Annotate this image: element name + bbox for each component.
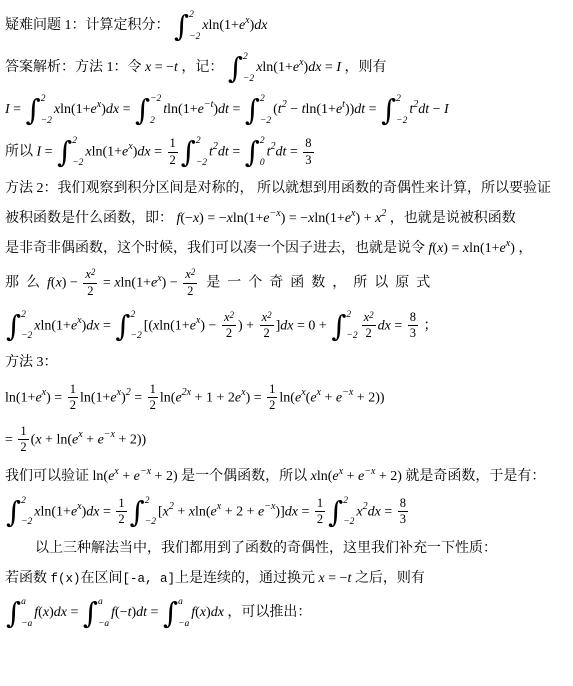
integral-sign-icon: ∫ bbox=[83, 598, 98, 628]
text-run: = − bbox=[325, 571, 348, 586]
integral-sign-icon: ∫ bbox=[381, 95, 396, 125]
integral-upper-limit: 2 bbox=[243, 53, 254, 63]
integral-limits: 2−2 bbox=[21, 310, 32, 342]
text-run: 若函数 bbox=[5, 571, 51, 586]
integral: ∫2−2 bbox=[174, 10, 201, 42]
text-run: ln(1+ bbox=[80, 390, 110, 405]
method3-ln-simplified: = 12(x + ln(ex + e−x + 2)) bbox=[5, 424, 571, 456]
method2-odd-function: 那 么 f(x) − x22 = xln(1+ex) − x22 是 一 个 奇… bbox=[5, 267, 571, 299]
text-run: ，可以推出： bbox=[224, 606, 312, 621]
text-run: ，也就是说被积函数 bbox=[386, 211, 516, 226]
fraction-numerator: 1 bbox=[116, 496, 126, 513]
text-run: 所以 bbox=[5, 144, 37, 159]
text-run: = bbox=[229, 144, 244, 159]
integral-upper-limit: 2 bbox=[21, 311, 32, 321]
integral-sign-icon: ∫ bbox=[181, 137, 196, 167]
text-run: = bbox=[391, 318, 406, 333]
text-run: + bbox=[343, 469, 358, 484]
integral-lower-limit: −2 bbox=[396, 117, 407, 127]
text-run: = bbox=[100, 318, 115, 333]
superscript: 2 bbox=[91, 267, 96, 277]
math-variable: dx bbox=[86, 318, 99, 333]
superscript: −x bbox=[264, 501, 275, 512]
math-variable: x bbox=[185, 267, 191, 281]
method3-parity-note: 我们可以验证 ln(ex + e−x + 2) 是一个偶函数，所以 xln(ex… bbox=[5, 466, 571, 488]
fraction-denominator: 3 bbox=[303, 153, 313, 169]
fraction-numerator: 1 bbox=[168, 136, 178, 153]
superscript: t bbox=[342, 99, 345, 110]
fraction-denominator: 3 bbox=[408, 326, 418, 342]
fraction-numerator: x2 bbox=[260, 310, 274, 327]
math-variable: e bbox=[175, 390, 181, 405]
fraction-numerator: 1 bbox=[68, 382, 78, 399]
integral-lower-limit: −2 bbox=[21, 332, 32, 342]
text-run: 是非奇非偶函数，这个时候，我们可以凑一个因子进去，也就是说令 bbox=[5, 241, 429, 256]
superscript: x bbox=[117, 387, 121, 398]
integral-upper-limit: 2 bbox=[346, 311, 357, 321]
fraction-denominator: 2 bbox=[315, 512, 325, 528]
text-run: ) − bbox=[200, 318, 220, 333]
integral: ∫2−2 bbox=[26, 94, 53, 126]
integral: ∫2−2 bbox=[381, 94, 408, 126]
integral-upper-limit: 2 bbox=[72, 137, 83, 147]
integral-sign-icon: ∫ bbox=[174, 11, 189, 41]
fraction: 12 bbox=[68, 382, 78, 414]
superscript: x bbox=[196, 315, 200, 326]
summary-note: 以上三种解法当中，我们都用到了函数的奇偶性，这里我们补充一下性质： bbox=[5, 538, 571, 560]
math-variable: dx bbox=[254, 18, 267, 33]
text-run: ln( bbox=[279, 390, 295, 405]
integral-sign-icon: ∫ bbox=[130, 497, 145, 527]
text-run: ) + bbox=[356, 211, 376, 226]
superscript: 2 bbox=[126, 387, 131, 398]
fraction: x22 bbox=[222, 310, 236, 342]
fraction-denominator: 2 bbox=[224, 326, 234, 342]
text-run: ln(1+ bbox=[60, 102, 90, 117]
integral: ∫20 bbox=[245, 136, 266, 168]
fraction-numerator: 1 bbox=[315, 496, 325, 513]
math-variable: dt bbox=[418, 102, 429, 117]
math-variable: dx bbox=[368, 504, 381, 519]
text-run: = bbox=[67, 606, 82, 621]
fraction-denominator: 2 bbox=[267, 398, 277, 414]
fraction-numerator: x2 bbox=[222, 310, 236, 327]
text-run: = bbox=[286, 144, 301, 159]
text-run: + 1 + 2 bbox=[191, 390, 235, 405]
superscript: 2 bbox=[270, 141, 275, 152]
text-run: ln(1+ bbox=[121, 276, 151, 291]
text-run: ) = bbox=[246, 390, 266, 405]
fraction: 12 bbox=[148, 382, 158, 414]
text-run: + 2)) bbox=[115, 432, 146, 447]
text-run: = bbox=[298, 504, 313, 519]
text-run: ) − bbox=[162, 276, 182, 291]
superscript: x bbox=[245, 15, 249, 26]
superscript: x bbox=[506, 238, 510, 249]
math-variable: e bbox=[91, 102, 97, 117]
integral: ∫2−2 bbox=[328, 496, 355, 528]
math-variable: e bbox=[198, 102, 204, 117]
superscript: 2 bbox=[230, 310, 235, 320]
integral-limits: 2−2 bbox=[189, 10, 200, 42]
text-run: = bbox=[119, 102, 134, 117]
integral: ∫2−2 bbox=[6, 310, 33, 342]
integral-lower-limit: −2 bbox=[343, 518, 354, 528]
superscript: 2 bbox=[369, 310, 374, 320]
text-run: 在区间 bbox=[81, 571, 123, 586]
integral-sign-icon: ∫ bbox=[6, 311, 21, 341]
text-run: ln(1+ bbox=[262, 60, 292, 75]
fraction-denominator: 2 bbox=[85, 284, 95, 300]
text-run: + ln( bbox=[42, 432, 72, 447]
text-run: = bbox=[100, 504, 115, 519]
text-run: ) = − bbox=[199, 211, 226, 226]
math-variable: dt bbox=[218, 102, 229, 117]
fraction-numerator: 1 bbox=[148, 382, 158, 399]
text-run: ln(1+ bbox=[469, 241, 499, 256]
integral-limits: −22 bbox=[150, 94, 161, 126]
integral-upper-limit: a bbox=[21, 598, 32, 608]
text-run: ln(1+ bbox=[305, 102, 335, 117]
text-run: = 0 + bbox=[294, 318, 331, 333]
integral-limits: a−a bbox=[178, 597, 189, 629]
superscript: −x bbox=[140, 466, 151, 477]
integral-upper-limit: 2 bbox=[131, 311, 142, 321]
fraction: 12 bbox=[18, 424, 28, 456]
text-run: ) = − bbox=[281, 211, 308, 226]
method2-result: ∫2−2xln(1+ex)dx = ∫2−2[(xln(1+ex) − x22)… bbox=[5, 310, 571, 342]
integral-upper-limit: 2 bbox=[41, 95, 52, 105]
method2-intro: 方法 2：我们观察到积分区间是对称的， 所以就想到用函数的奇偶性来计算，所以要验… bbox=[5, 178, 571, 200]
text-run: ) = bbox=[46, 390, 66, 405]
mono-text: [-a, a] bbox=[123, 572, 176, 586]
superscript: 2 bbox=[213, 141, 218, 152]
fraction: 83 bbox=[398, 496, 408, 528]
text-run: = bbox=[131, 390, 146, 405]
integral-lower-limit: −a bbox=[21, 620, 32, 630]
integral-sign-icon: ∫ bbox=[245, 137, 260, 167]
text-run: ln(1+ bbox=[209, 18, 239, 33]
superscript: 2 bbox=[413, 99, 418, 110]
integral: ∫2−2 bbox=[6, 496, 33, 528]
method3-result: ∫2−2xln(1+ex)dx = 12∫2−2[x2 + xln(ex + 2… bbox=[5, 496, 571, 528]
integral-lower-limit: −2 bbox=[21, 518, 32, 528]
integral-sign-icon: ∫ bbox=[245, 95, 260, 125]
text-run: 以上三种解法当中，我们都用到了函数的奇偶性，这里我们补充一下性质： bbox=[35, 541, 497, 556]
math-variable: e bbox=[98, 432, 104, 447]
integral-upper-limit: 2 bbox=[196, 137, 207, 147]
text-run: 上是连续的，通过换元 bbox=[175, 571, 319, 586]
text-run: = bbox=[10, 102, 25, 117]
text-run: − bbox=[287, 102, 302, 117]
text-run: + 2) 是一个偶函数，所以 bbox=[151, 469, 311, 484]
fraction-denominator: 2 bbox=[116, 512, 126, 528]
text-run: + 2)) bbox=[353, 390, 384, 405]
math-variable: I bbox=[444, 102, 449, 117]
integral-limits: 2−2 bbox=[21, 496, 32, 528]
math-variable: e bbox=[35, 390, 41, 405]
text-run: ln(1+ bbox=[41, 504, 71, 519]
text-run: = bbox=[41, 144, 56, 159]
math-variable: dx bbox=[54, 606, 67, 621]
property-condition: 若函数 f(x)在区间[-a, a]上是连续的，通过换元 x = −t 之后，则… bbox=[5, 568, 571, 590]
text-run: )) bbox=[345, 102, 354, 117]
fraction-numerator: x2 bbox=[83, 267, 97, 284]
math-variable: e bbox=[500, 241, 506, 256]
text-run: ln(1+ bbox=[41, 318, 71, 333]
integral-upper-limit: 2 bbox=[260, 137, 265, 147]
fraction: 83 bbox=[303, 136, 313, 168]
math-variable: e bbox=[263, 211, 269, 226]
math-document: 疑难问题 1：计算定积分： ∫2−2xln(1+ex)dx答案解析：方法 1：令… bbox=[0, 0, 573, 686]
superscript: 2x bbox=[182, 387, 191, 398]
text-run: = bbox=[147, 606, 162, 621]
fraction-numerator: x2 bbox=[362, 310, 376, 327]
text-run: ln(1+ bbox=[92, 144, 122, 159]
superscript: −t bbox=[204, 99, 214, 110]
text-run: = bbox=[229, 102, 244, 117]
fraction-denominator: 2 bbox=[18, 440, 28, 456]
superscript: x bbox=[301, 387, 305, 398]
integral: ∫2−2 bbox=[130, 496, 157, 528]
integral: ∫2−2 bbox=[245, 94, 272, 126]
math-variable: dx bbox=[280, 318, 293, 333]
integral-sign-icon: ∫ bbox=[328, 497, 343, 527]
integral-limits: 2−2 bbox=[131, 310, 142, 342]
superscript: x bbox=[77, 501, 81, 512]
fraction-denominator: 3 bbox=[398, 512, 408, 528]
text-run: (− bbox=[180, 211, 193, 226]
text-run: = bbox=[5, 432, 16, 447]
math-variable: dx bbox=[211, 606, 224, 621]
integral-lower-limit: −2 bbox=[189, 33, 200, 43]
integral-lower-limit: 2 bbox=[150, 117, 161, 127]
text-run: + 2 + bbox=[221, 504, 258, 519]
text-run: ln( bbox=[317, 469, 333, 484]
fraction: x22 bbox=[83, 267, 97, 299]
integral-lower-limit: −2 bbox=[131, 332, 142, 342]
fraction: 83 bbox=[408, 310, 418, 342]
text-run: = bbox=[365, 102, 380, 117]
mono-text: f(x) bbox=[51, 572, 81, 586]
integral: ∫2−2 bbox=[115, 310, 142, 342]
superscript: 2 bbox=[169, 501, 174, 512]
integral-limits: 2−2 bbox=[343, 496, 354, 528]
math-variable: dx bbox=[106, 102, 119, 117]
text-run: 我们可以验证 ln( bbox=[5, 469, 108, 484]
math-variable: e bbox=[310, 390, 316, 405]
superscript: x bbox=[128, 141, 132, 152]
superscript: x bbox=[77, 315, 81, 326]
text-run: ) + bbox=[238, 318, 258, 333]
math-variable: dt bbox=[354, 102, 365, 117]
integral-limits: 2−2 bbox=[260, 94, 271, 126]
fraction-numerator: 1 bbox=[18, 424, 28, 441]
method3-ln-expansion: ln(1+ex) = 12ln(1+ex)2 = 12ln(e2x + 1 + … bbox=[5, 382, 571, 414]
fraction: 12 bbox=[315, 496, 325, 528]
integral-limits: a−a bbox=[98, 597, 109, 629]
text-run: 之后，则有 bbox=[351, 571, 425, 586]
fraction-numerator: 8 bbox=[398, 496, 408, 513]
integral-upper-limit: 2 bbox=[145, 497, 156, 507]
integral-sign-icon: ∫ bbox=[228, 53, 243, 83]
integral-lower-limit: −2 bbox=[196, 159, 207, 169]
integral-lower-limit: −2 bbox=[72, 159, 83, 169]
fraction-denominator: 2 bbox=[148, 398, 158, 414]
superscript: 2 bbox=[282, 99, 287, 110]
text-run: = bbox=[99, 276, 114, 291]
integral-limits: a−a bbox=[21, 597, 32, 629]
integral-limits: 20 bbox=[260, 136, 265, 168]
fraction-numerator: 8 bbox=[303, 136, 313, 153]
method2-explanation: 是非奇非偶函数，这个时候，我们可以凑一个因子进去，也就是说令 f(x) = xl… bbox=[5, 238, 571, 260]
problem-statement: 疑难问题 1：计算定积分： ∫2−2xln(1+ex)dx bbox=[5, 10, 571, 42]
integral-upper-limit: a bbox=[178, 598, 189, 608]
fraction-denominator: 2 bbox=[168, 153, 178, 169]
integral: ∫−22 bbox=[135, 94, 162, 126]
text-run: 方法 2：我们观察到积分区间是对称的， 所以就想到用函数的奇偶性来计算，所以要验… bbox=[5, 181, 551, 196]
integral-upper-limit: 2 bbox=[343, 497, 354, 507]
text-run: + bbox=[321, 390, 336, 405]
integral-limits: 2−2 bbox=[72, 136, 83, 168]
fraction-denominator: 2 bbox=[364, 326, 374, 342]
text-run: ln(1+ bbox=[5, 390, 35, 405]
integral-sign-icon: ∫ bbox=[331, 311, 346, 341]
method1-intro: 答案解析：方法 1：令 x = −t ，记： ∫2−2xln(1+ex)dx =… bbox=[5, 52, 571, 84]
math-variable: e bbox=[110, 390, 116, 405]
fraction: 12 bbox=[168, 136, 178, 168]
integral-sign-icon: ∫ bbox=[115, 311, 130, 341]
math-variable: dx bbox=[378, 318, 391, 333]
fraction: x22 bbox=[183, 267, 197, 299]
text-run: ) = bbox=[443, 241, 463, 256]
text-run: 被积函数是什么函数，即： bbox=[5, 211, 177, 226]
math-variable: x bbox=[163, 504, 169, 519]
text-run: − bbox=[429, 102, 444, 117]
superscript: 2 bbox=[267, 310, 272, 320]
fraction-numerator: x2 bbox=[183, 267, 197, 284]
superscript: x bbox=[217, 501, 221, 512]
integral-limits: 2−2 bbox=[346, 310, 357, 342]
text-run: 疑难问题 1：计算定积分： bbox=[5, 18, 173, 33]
integral-sign-icon: ∫ bbox=[6, 497, 21, 527]
math-variable: dt bbox=[275, 144, 286, 159]
superscript: 2 bbox=[363, 501, 368, 512]
fraction: 12 bbox=[267, 382, 277, 414]
integral-upper-limit: 2 bbox=[260, 95, 271, 105]
integral-lower-limit: 0 bbox=[260, 159, 265, 169]
superscript: −x bbox=[270, 208, 281, 219]
integral-upper-limit: a bbox=[98, 598, 109, 608]
text-run: ) ， bbox=[510, 241, 532, 256]
superscript: −x bbox=[342, 387, 353, 398]
integral-lower-limit: −2 bbox=[260, 117, 271, 127]
superscript: 2 bbox=[191, 267, 196, 277]
text-run: ln(1+ bbox=[233, 211, 263, 226]
text-run: 方法 3： bbox=[5, 355, 58, 370]
math-variable: x bbox=[224, 310, 230, 324]
text-run: ) − bbox=[62, 276, 82, 291]
math-variable: e bbox=[134, 469, 140, 484]
text-run: [( bbox=[144, 318, 153, 333]
math-variable: e bbox=[190, 318, 196, 333]
text-run: ，则有 bbox=[341, 60, 387, 75]
integral-lower-limit: −a bbox=[178, 620, 189, 630]
fraction-numerator: 8 bbox=[408, 310, 418, 327]
fraction-denominator: 2 bbox=[261, 326, 271, 342]
text-run: ln(1+ bbox=[159, 318, 189, 333]
math-variable: dt bbox=[136, 606, 147, 621]
text-run: + bbox=[83, 432, 98, 447]
text-run: + bbox=[174, 504, 189, 519]
math-variable: x bbox=[356, 504, 362, 519]
method1-derivation: I = ∫2−2xln(1+ex)dx = ∫−22tln(1+e−t)dt =… bbox=[5, 94, 571, 126]
integral-limits: 2−2 bbox=[243, 52, 254, 84]
text-run: ln(1+ bbox=[167, 102, 197, 117]
superscript: x bbox=[241, 387, 245, 398]
superscript: x bbox=[351, 208, 355, 219]
superscript: x bbox=[114, 466, 118, 477]
integral-limits: 2−2 bbox=[196, 136, 207, 168]
integral-sign-icon: ∫ bbox=[6, 598, 21, 628]
fraction-denominator: 2 bbox=[185, 284, 195, 300]
integral: ∫a−a bbox=[163, 597, 190, 629]
superscript: x bbox=[299, 57, 303, 68]
integral-upper-limit: 2 bbox=[189, 11, 200, 21]
integral-lower-limit: −2 bbox=[243, 75, 254, 85]
text-run: (− bbox=[115, 606, 128, 621]
superscript: x bbox=[42, 387, 46, 398]
superscript: x bbox=[339, 466, 343, 477]
superscript: x bbox=[78, 429, 82, 440]
method3-heading: 方法 3： bbox=[5, 352, 571, 374]
property-formula: ∫a−af(x)dx = ∫a−af(−t)dt = ∫a−af(x)dx ，可… bbox=[5, 597, 571, 629]
integral: ∫a−a bbox=[83, 597, 110, 629]
text-run: + 2) 就是奇函数，于是有： bbox=[375, 469, 545, 484]
text-run: + bbox=[119, 469, 134, 484]
fraction-numerator: 1 bbox=[267, 382, 277, 399]
superscript: x bbox=[157, 273, 161, 284]
math-variable: dx bbox=[285, 504, 298, 519]
text-run: ； bbox=[420, 318, 438, 333]
superscript: −x bbox=[104, 429, 115, 440]
math-variable: dx bbox=[308, 60, 321, 75]
integral: ∫2−2 bbox=[181, 136, 208, 168]
integral: ∫2−2 bbox=[228, 52, 255, 84]
integral-upper-limit: −2 bbox=[150, 95, 161, 105]
superscript: 2 bbox=[381, 208, 386, 219]
text-run: ln( bbox=[160, 390, 176, 405]
fraction: x22 bbox=[362, 310, 376, 342]
integral-limits: 2−2 bbox=[396, 94, 407, 126]
integral-sign-icon: ∫ bbox=[57, 137, 72, 167]
integral-upper-limit: 2 bbox=[396, 95, 407, 105]
math-variable: e bbox=[332, 469, 338, 484]
integral-limits: 2−2 bbox=[41, 94, 52, 126]
integral-sign-icon: ∫ bbox=[135, 95, 150, 125]
fraction: x22 bbox=[260, 310, 274, 342]
text-run: = − bbox=[151, 60, 174, 75]
text-run: 答案解析：方法 1：令 bbox=[5, 60, 145, 75]
text-run: = bbox=[381, 504, 396, 519]
integral-sign-icon: ∫ bbox=[163, 598, 178, 628]
integral-upper-limit: 2 bbox=[21, 497, 32, 507]
superscript: −x bbox=[364, 466, 375, 477]
text-run: )] bbox=[275, 504, 284, 519]
text-run: 是 一 个 奇 函 数 ， 所 以 原 式 bbox=[199, 276, 430, 291]
integral-lower-limit: −a bbox=[98, 620, 109, 630]
integral-lower-limit: −2 bbox=[41, 117, 52, 127]
